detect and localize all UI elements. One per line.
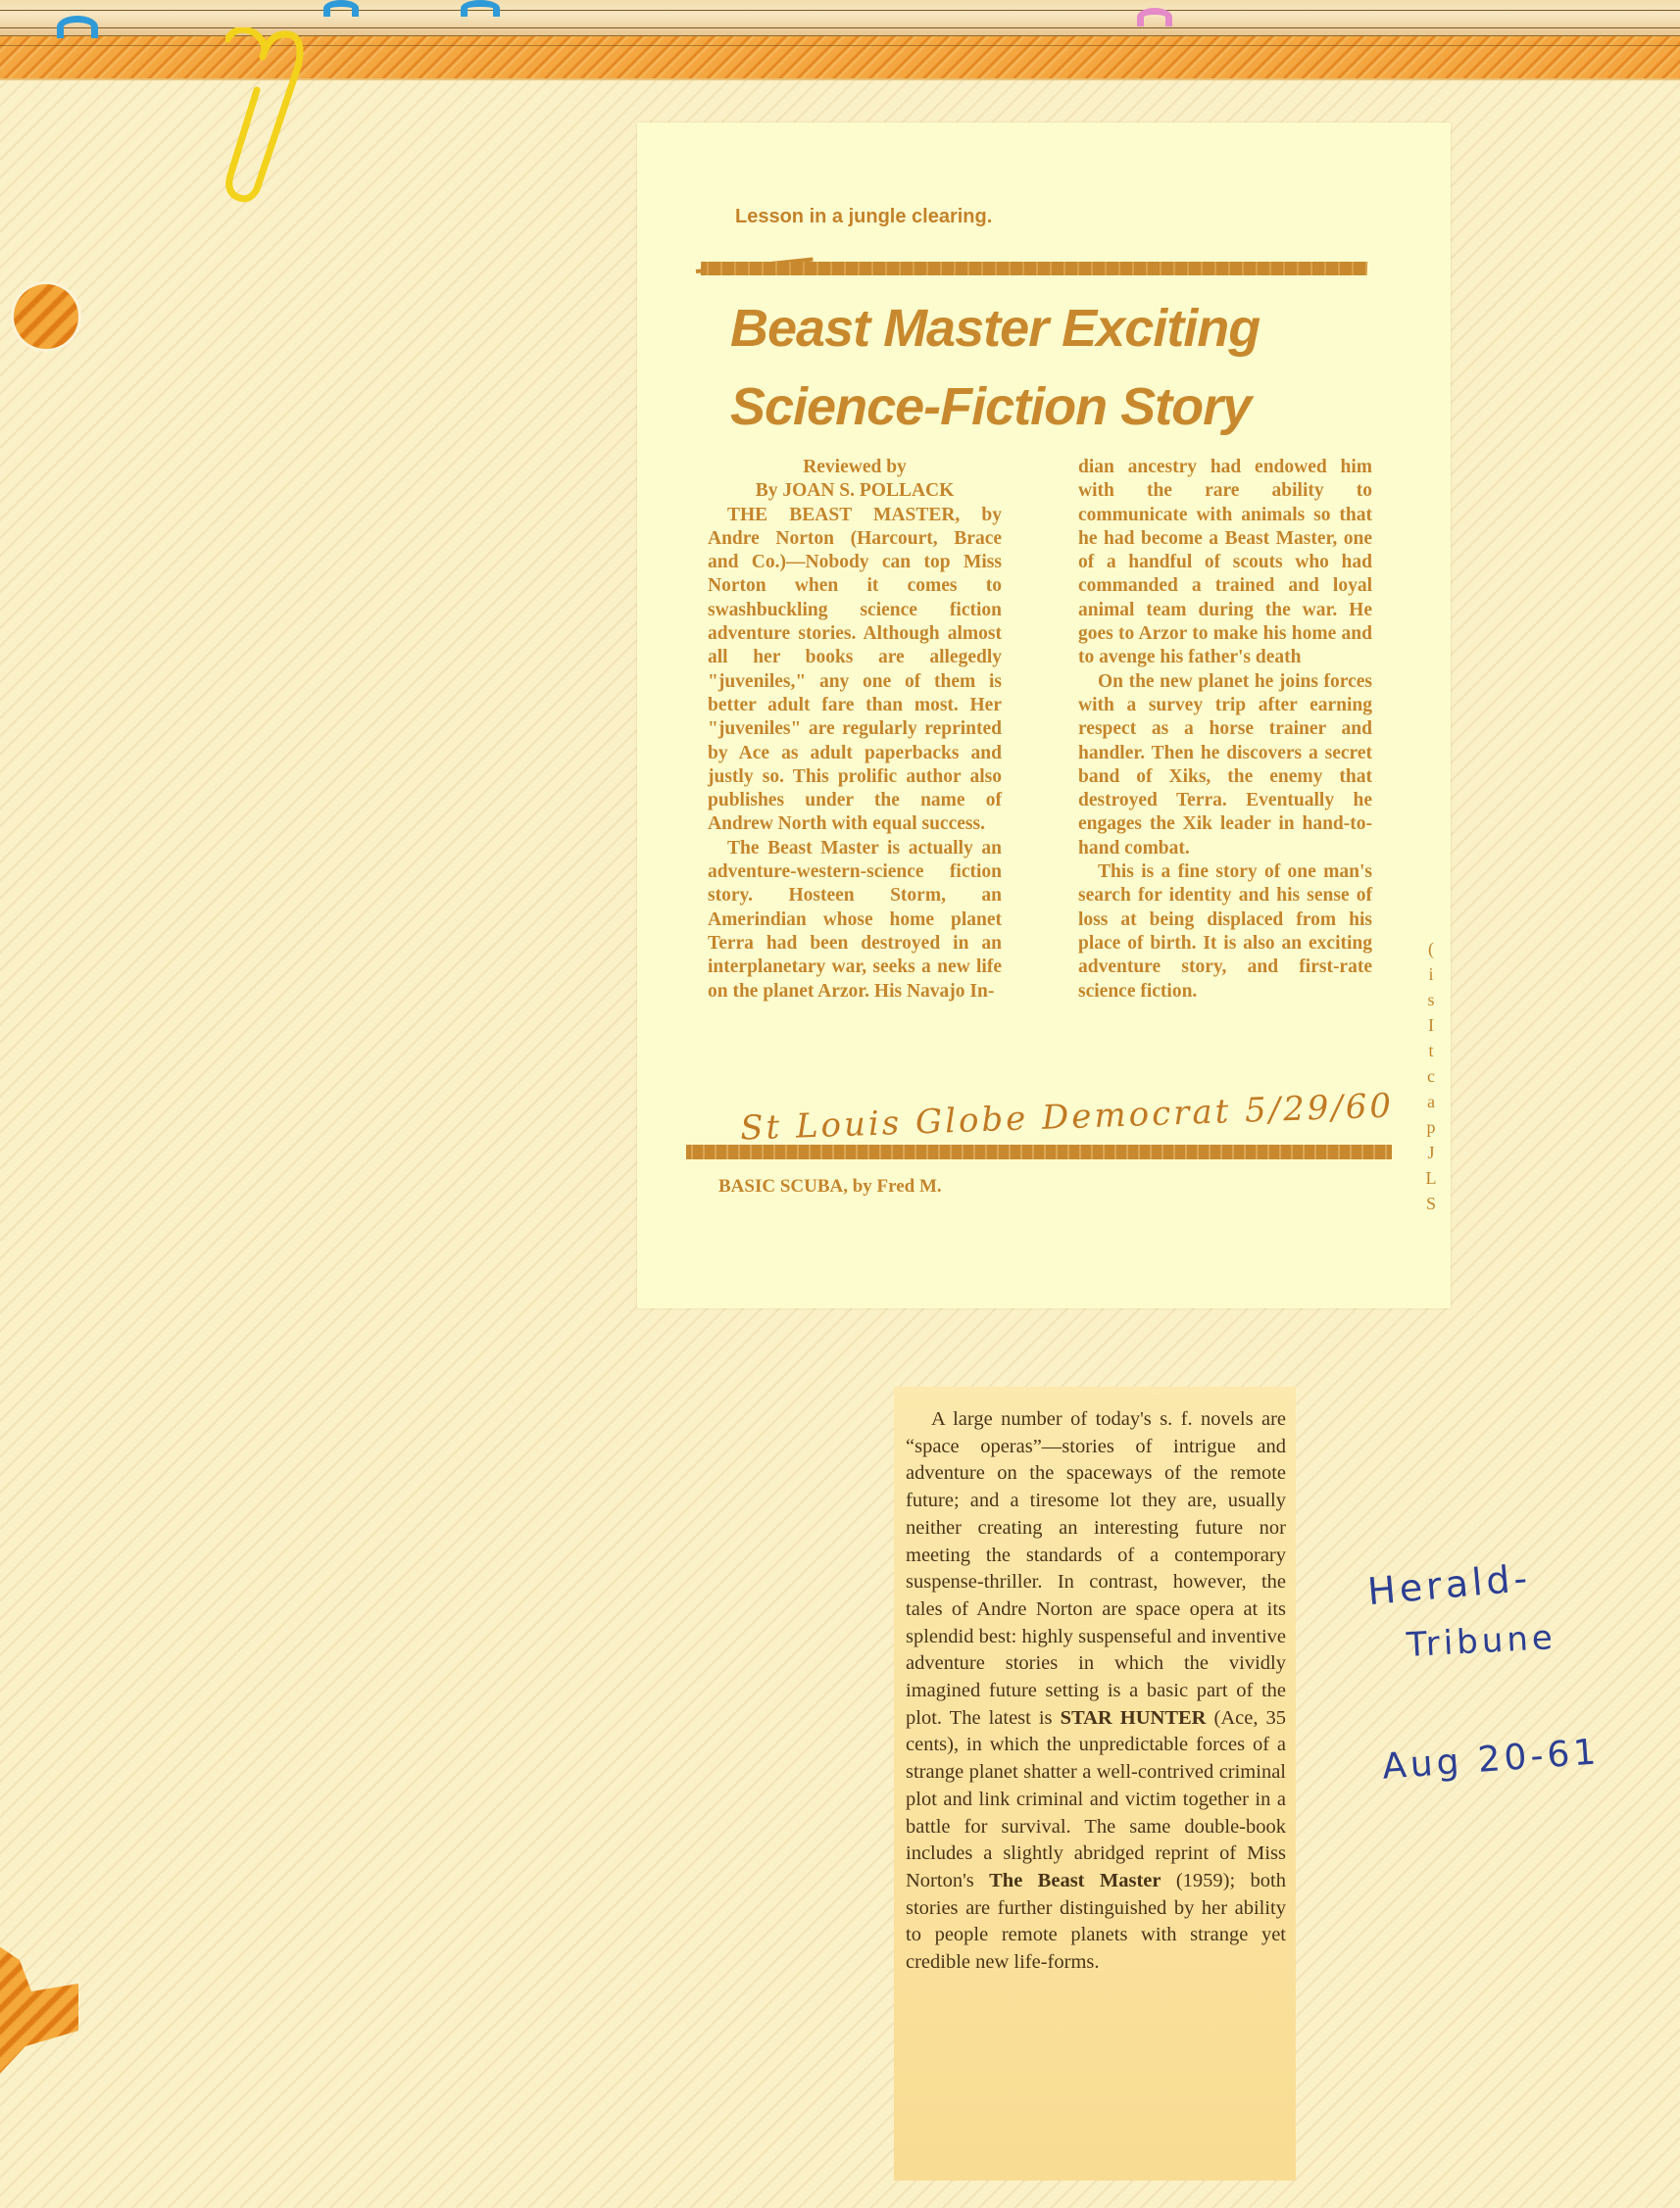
newspaper-clipping-herald-tribune: A large number of today's s. f. novels a… bbox=[894, 1387, 1296, 2181]
handwritten-line: Tribune bbox=[1406, 1618, 1557, 1665]
headline: Beast Master Exciting Science-Fiction St… bbox=[730, 289, 1397, 446]
fragment-letter: ( bbox=[1421, 936, 1441, 961]
adjacent-column-fragment: (isItcapJLS bbox=[1421, 936, 1441, 1216]
fragment-letter: t bbox=[1421, 1038, 1441, 1063]
fragment-letter: p bbox=[1421, 1114, 1441, 1140]
article-column-left: Reviewed by By JOAN S. POLLACK THE BEAST… bbox=[708, 456, 1002, 1004]
page-edge-line bbox=[0, 10, 1680, 11]
next-article-title: BASIC SCUBA, by Fred M. bbox=[718, 1176, 942, 1198]
article-paragraph: dian ancestry had endowed him with the r… bbox=[1078, 456, 1372, 670]
fragment-letter: I bbox=[1421, 1012, 1441, 1038]
torn-punch-hole-icon bbox=[0, 1921, 78, 2078]
byline-author: By JOAN S. POLLACK bbox=[708, 479, 1002, 503]
binder-ring-icon bbox=[323, 0, 359, 17]
paperclip-icon bbox=[225, 27, 343, 204]
book-title: STAR HUNTER bbox=[1061, 1707, 1207, 1729]
article-paragraph: This is a fine story of one man's search… bbox=[1078, 860, 1372, 1004]
fragment-letter: c bbox=[1421, 1063, 1441, 1089]
handwritten-line: Herald- bbox=[1365, 1556, 1532, 1613]
newspaper-clipping-review: Lesson in a jungle clearing. Beast Maste… bbox=[637, 123, 1451, 1308]
fragment-letter: J bbox=[1421, 1140, 1441, 1165]
article-paragraph: A large number of today's s. f. novels a… bbox=[906, 1406, 1286, 1977]
article-column-right: dian ancestry had endowed him with the r… bbox=[1078, 456, 1372, 1004]
punch-hole-icon bbox=[14, 284, 78, 349]
article-body: A large number of today's s. f. novels a… bbox=[906, 1406, 1286, 1977]
fragment-letter: a bbox=[1421, 1089, 1441, 1114]
fragment-letter: S bbox=[1421, 1191, 1441, 1216]
headline-line: Science-Fiction Story bbox=[730, 368, 1397, 446]
fragment-letter: i bbox=[1421, 961, 1441, 987]
binder-ring-icon bbox=[1137, 8, 1172, 26]
article-paragraph: The Beast Master is actually an adventur… bbox=[708, 837, 1002, 1004]
rule-decoration bbox=[686, 1145, 1392, 1159]
rule-decoration bbox=[701, 262, 1367, 275]
binder-ring-icon bbox=[57, 16, 98, 38]
fragment-letter: s bbox=[1421, 987, 1441, 1012]
text-run: A large number of today's s. f. novels a… bbox=[906, 1408, 1286, 1729]
photo-caption: Lesson in a jungle clearing. bbox=[735, 206, 992, 228]
handwritten-source: St Louis Globe Democrat 5/29/60 bbox=[740, 1086, 1395, 1148]
book-title: The Beast Master bbox=[989, 1870, 1161, 1891]
article-paragraph: THE BEAST MASTER, by Andre Norton (Harco… bbox=[708, 504, 1002, 837]
fragment-letter: L bbox=[1421, 1165, 1441, 1191]
text-run: (Ace, 35 cents), in which the unpredicta… bbox=[906, 1707, 1286, 1891]
article-paragraph: On the new planet he joins forces with a… bbox=[1078, 670, 1372, 860]
byline-label: Reviewed by bbox=[708, 456, 1002, 479]
binder-ring-icon bbox=[461, 0, 500, 17]
headline-line: Beast Master Exciting bbox=[730, 289, 1397, 368]
handwritten-date: Aug 20-61 bbox=[1381, 1732, 1602, 1787]
